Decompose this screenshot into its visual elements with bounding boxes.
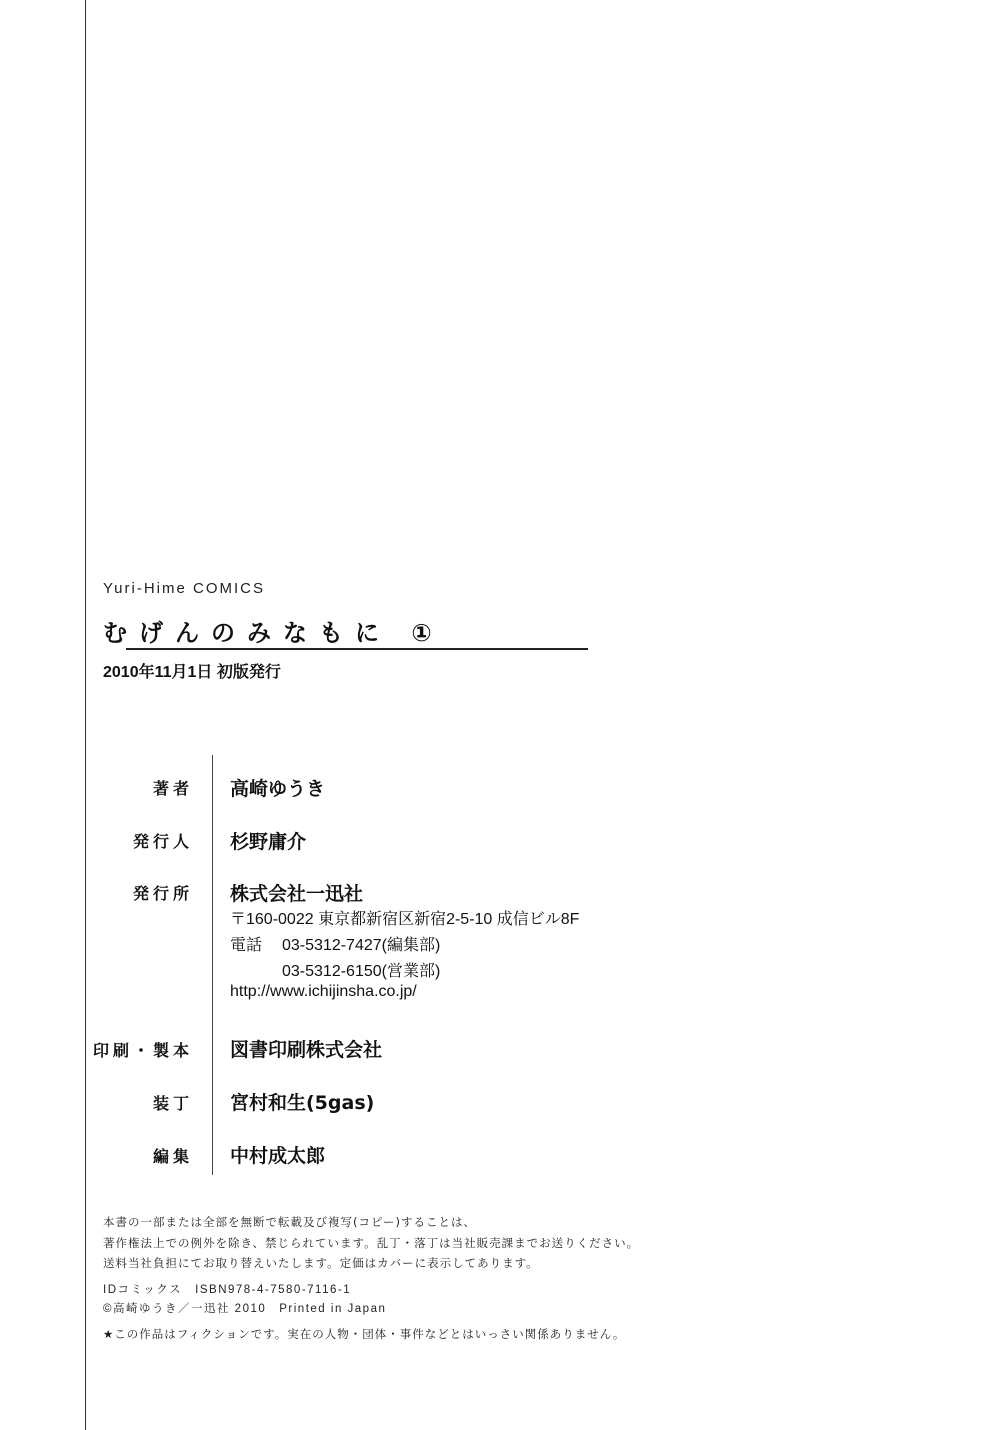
credit-value-editor: 中村成太郎 xyxy=(230,1141,325,1168)
credit-label-publisher: 発行所 xyxy=(133,881,193,904)
phone-sales: 03-5312-6150(営業部) xyxy=(282,958,440,981)
credit-value-publisher-person: 杉野庸介 xyxy=(230,827,306,854)
publisher-address: 〒160-0022 東京都新宿区新宿2-5-10 成信ビル8F xyxy=(230,906,579,929)
copyright-notice-line: 送料当社負担にてお取り替えいたします。定価はカバーに表示してあります。 xyxy=(103,1255,539,1271)
credit-label-design: 装丁 xyxy=(153,1091,193,1114)
book-title: むげんのみなもに ① xyxy=(103,613,444,648)
phone-editorial: 03-5312-7427(編集部) xyxy=(282,932,440,955)
series-name: Yuri-Hime COMICS xyxy=(103,580,265,597)
copyright-notice-line: 本書の一部または全部を無断で転載及び複写(コピー)することは、 xyxy=(103,1214,476,1230)
credit-value-author: 高崎ゆうき xyxy=(230,774,325,801)
publisher-url[interactable]: http://www.ichijinsha.co.jp/ xyxy=(230,983,417,1001)
page-border xyxy=(85,0,86,1430)
credits-separator xyxy=(212,755,213,1175)
credit-value-design: 宮村和生(5gas) xyxy=(230,1088,374,1115)
credit-value-publisher: 株式会社一迅社 xyxy=(230,879,363,906)
isbn: IDコミックス ISBN978-4-7580-7116-1 xyxy=(103,1281,351,1297)
title-divider xyxy=(126,648,588,650)
fiction-disclaimer: ★この作品はフィクションです。実在の人物・団体・事件などとはいっさい関係ありませ… xyxy=(103,1326,625,1342)
credit-value-printing: 図書印刷株式会社 xyxy=(230,1035,382,1062)
credit-label-publisher-person: 発行人 xyxy=(133,829,193,852)
phone-label: 電話 xyxy=(230,932,262,955)
publication-date: 2010年11月1日 初版発行 xyxy=(103,659,281,682)
credit-label-author: 著者 xyxy=(153,776,193,799)
copyright-line: ©高崎ゆうき／一迅社 2010 Printed in Japan xyxy=(103,1300,386,1316)
copyright-notice-line: 著作権法上での例外を除き、禁じられています。乱丁・落丁は当社販売課までお送りくだ… xyxy=(103,1235,639,1251)
credit-label-printing: 印刷・製本 xyxy=(93,1038,193,1061)
credit-label-editor: 編集 xyxy=(153,1144,193,1167)
